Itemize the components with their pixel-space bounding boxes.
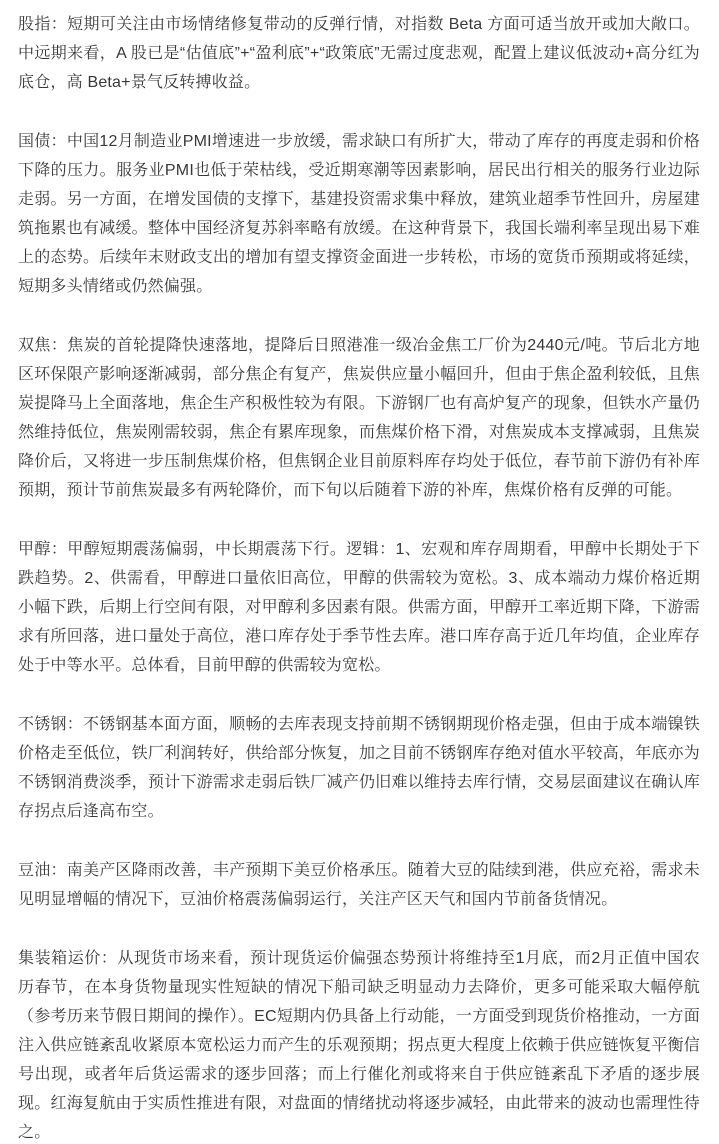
section-label-stainless-steel: 不锈钢： bbox=[18, 716, 83, 733]
section-label-soybean-oil: 豆油： bbox=[18, 862, 67, 879]
paragraph-methanol: 甲醇：甲醇短期震荡偏弱，中长期震荡下行。逻辑：1、宏观和库存周期看，甲醇中长期处… bbox=[18, 535, 700, 680]
section-body-stainless-steel: 不锈钢基本面方面，顺畅的去库表现支持前期不锈钢期现价格走强，但由于成本端镍铁价格… bbox=[18, 716, 700, 820]
section-body-stock-index: 短期可关注由市场情绪修复带动的反弹行情，对指数 Beta 方面可适当放开或加大敞… bbox=[18, 16, 700, 91]
paragraph-soybean-oil: 豆油：南美产区降雨改善，丰产预期下美豆价格承压。随着大豆的陆续到港，供应充裕，需… bbox=[18, 856, 700, 914]
section-label-stock-index: 股指： bbox=[18, 16, 67, 33]
paragraph-container-freight: 集装箱运价：从现货市场来看，预计现货运价偏强态势预计将维持至1月底，而2月正值中… bbox=[18, 944, 700, 1144]
section-body-coke-coking-coal: 焦炭的首轮提降快速落地，提降后日照港准一级冶金焦工厂价为2440元/吨。节后北方… bbox=[18, 337, 700, 499]
section-body-soybean-oil: 南美产区降雨改善，丰产预期下美豆价格承压。随着大豆的陆续到港，供应充裕，需求未见… bbox=[18, 862, 700, 908]
section-body-methanol: 甲醇短期震荡偏弱，中长期震荡下行。逻辑：1、宏观和库存周期看，甲醇中长期处于下跌… bbox=[18, 541, 700, 674]
paragraph-stainless-steel: 不锈钢：不锈钢基本面方面，顺畅的去库表现支持前期不锈钢期现价格走强，但由于成本端… bbox=[18, 710, 700, 826]
section-label-coke-coking-coal: 双焦： bbox=[18, 337, 67, 354]
paragraph-government-bonds: 国债：中国12月制造业PMI增速进一步放缓，需求缺口有所扩大，带动了库存的再度走… bbox=[18, 127, 700, 301]
market-commentary-article: 股指：短期可关注由市场情绪修复带动的反弹行情，对指数 Beta 方面可适当放开或… bbox=[0, 0, 719, 1144]
section-label-methanol: 甲醇： bbox=[18, 541, 67, 558]
section-body-government-bonds: 中国12月制造业PMI增速进一步放缓，需求缺口有所扩大，带动了库存的再度走弱和价… bbox=[18, 133, 700, 295]
section-label-government-bonds: 国债： bbox=[18, 133, 67, 150]
section-label-container-freight: 集装箱运价： bbox=[18, 950, 118, 967]
paragraph-stock-index: 股指：短期可关注由市场情绪修复带动的反弹行情，对指数 Beta 方面可适当放开或… bbox=[18, 10, 700, 97]
section-body-container-freight: 从现货市场来看，预计现货运价偏强态势预计将维持至1月底，而2月正值中国农历春节，… bbox=[18, 950, 700, 1141]
paragraph-coke-coking-coal: 双焦：焦炭的首轮提降快速落地，提降后日照港准一级冶金焦工厂价为2440元/吨。节… bbox=[18, 331, 700, 505]
